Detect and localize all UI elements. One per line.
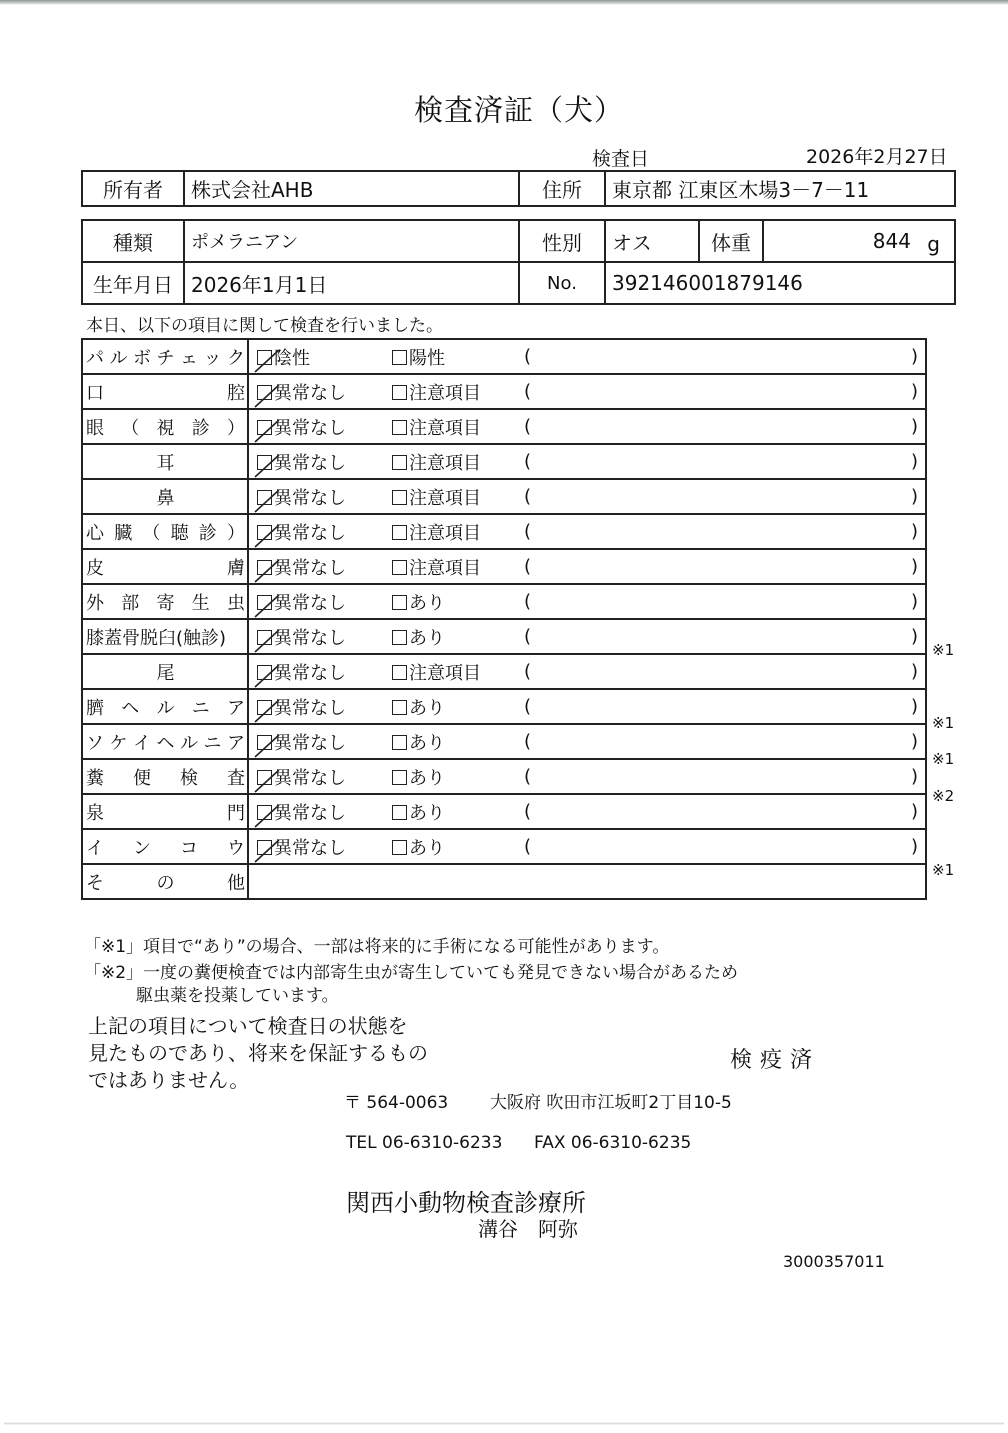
checklist-row: 心臓（聴診） 異常なし 注意項目 ( ) [82, 514, 926, 549]
checkbox-icon[interactable] [392, 525, 407, 540]
option-abnormal[interactable]: あり [392, 834, 524, 860]
quarantine-stamp: 検疫済 [730, 1043, 820, 1074]
checkbox-icon[interactable] [392, 385, 407, 400]
remarks-close-paren: ) [911, 556, 925, 577]
clinic-fax: FAX 06-6310-6235 [534, 1133, 691, 1153]
checkbox-icon[interactable] [392, 665, 407, 680]
option-normal[interactable]: 陰性 [249, 344, 392, 370]
remarks-close-paren: ) [911, 416, 925, 437]
check-item-label: その他 [83, 869, 247, 895]
scan-edge-top [0, 0, 1008, 5]
check-mark-icon [253, 348, 281, 374]
inspection-date-label: 検査日 [592, 144, 649, 171]
weight-cell: 844 g [763, 220, 955, 262]
checklist-row: パルボチェック 陰性 陽性 ( ) [82, 339, 926, 374]
clinic-postal-code: 〒 564-0063 [344, 1088, 448, 1113]
checkbox-icon[interactable] [392, 490, 407, 505]
option-normal[interactable]: 異常なし [249, 659, 392, 685]
option-normal[interactable]: 異常なし [249, 729, 392, 755]
check-mark-icon [253, 628, 281, 654]
option-abnormal[interactable]: 陽性 [392, 344, 524, 370]
remarks-close-paren: ) [911, 346, 925, 367]
check-item-label: 尾 [157, 659, 175, 685]
option-normal[interactable]: 異常なし [249, 519, 392, 545]
checklist-row: その他 [82, 864, 926, 899]
veterinarian-name: 溝谷 阿弥 [478, 1213, 578, 1242]
address-value: 東京都 江東区木場3－7－11 [605, 171, 955, 206]
document-number: 3000357011 [783, 1252, 885, 1271]
check-mark-icon [253, 838, 281, 864]
birthdate-value: 2026年1月1日 [184, 262, 519, 304]
check-item-label: インコウ [83, 834, 247, 860]
clinic-phone: TEL 06-6310-6233 [346, 1133, 502, 1153]
scan-edge-bottom [4, 1422, 1004, 1425]
checklist-row: 泉門 異常なし あり ( ) [82, 794, 926, 829]
check-item-label: 臍ヘルニア [83, 694, 247, 720]
remarks-close-paren: ) [911, 486, 925, 507]
disclaimer-line1: 上記の項目について検査日の状態を [88, 1013, 468, 1040]
check-mark-icon [253, 558, 281, 584]
checklist-row: 膝蓋骨脱臼(触診) 異常なし あり ( ) [82, 619, 926, 654]
remarks-open-paren: ( [524, 381, 554, 402]
footnote-reference: ※1 [932, 714, 954, 732]
check-item-label: 眼（視診） [83, 414, 247, 440]
option-normal[interactable]: 異常なし [249, 379, 392, 405]
option-abnormal[interactable]: あり [392, 799, 524, 825]
check-item-label: 口腔 [83, 379, 247, 405]
birthdate-label: 生年月日 [82, 262, 184, 304]
option-abnormal[interactable]: 注意項目 [392, 659, 524, 685]
check-item-label: 鼻 [157, 484, 175, 510]
checklist-row: 皮膚 異常なし 注意項目 ( ) [82, 549, 926, 584]
option-normal[interactable]: 異常なし [249, 799, 392, 825]
remarks-open-paren: ( [524, 591, 554, 612]
option-normal[interactable]: 異常なし [249, 484, 392, 510]
remarks-open-paren: ( [524, 731, 554, 752]
option-normal[interactable]: 異常なし [249, 694, 392, 720]
remarks-close-paren: ) [911, 591, 925, 612]
registration-no-label: No. [519, 262, 605, 304]
option-normal[interactable]: 異常なし [249, 834, 392, 860]
remarks-close-paren: ) [911, 766, 925, 787]
check-mark-icon [253, 488, 281, 514]
remarks-open-paren: ( [524, 836, 554, 857]
clinic-address: 大阪府 吹田市江坂町2丁目10-5 [490, 1088, 732, 1113]
intro-text: 本日、以下の項目に関して検査を行いました。 [86, 311, 443, 336]
checklist-row: 鼻 異常なし 注意項目 ( ) [82, 479, 926, 514]
option-normal[interactable]: 異常なし [249, 624, 392, 650]
check-item-label: 膝蓋骨脱臼(触診) [83, 624, 247, 650]
remarks-close-paren: ) [911, 381, 925, 402]
check-item-label: 心臓（聴診） [83, 519, 247, 545]
check-mark-icon [253, 733, 281, 759]
pet-table: 種類 ポメラニアン 性別 オス 体重 844 g 生年月日 2026年1月1日 … [81, 219, 956, 305]
option-abnormal[interactable]: 注意項目 [392, 484, 524, 510]
checklist-row: 尾 異常なし 注意項目 ( ) [82, 654, 926, 689]
checklist-row: 外部寄生虫 異常なし あり ( ) [82, 584, 926, 619]
remarks-open-paren: ( [524, 766, 554, 787]
option-normal[interactable]: 異常なし [249, 589, 392, 615]
remarks-close-paren: ) [911, 521, 925, 542]
footnote-reference: ※1 [932, 641, 954, 659]
weight-unit: g [927, 232, 940, 256]
footnote-reference: ※1 [932, 861, 954, 879]
remarks-close-paren: ) [911, 661, 925, 682]
remarks-open-paren: ( [524, 661, 554, 682]
option-abnormal[interactable]: あり [392, 589, 524, 615]
remarks-close-paren: ) [911, 731, 925, 752]
check-mark-icon [253, 523, 281, 549]
footnote-2-line2: 駆虫薬を投薬しています。 [136, 981, 339, 1006]
check-mark-icon [253, 593, 281, 619]
remarks-close-paren: ) [911, 801, 925, 822]
checkbox-icon[interactable] [392, 595, 407, 610]
checklist-row: インコウ 異常なし あり ( ) [82, 829, 926, 864]
registration-no-value: 392146001879146 [605, 262, 955, 304]
checklist-row: 口腔 異常なし 注意項目 ( ) [82, 374, 926, 409]
option-abnormal[interactable]: 注意項目 [392, 449, 524, 475]
option-normal[interactable]: 異常なし [249, 449, 392, 475]
breed-label: 種類 [82, 220, 184, 262]
remarks-close-paren: ) [911, 626, 925, 647]
owner-label: 所有者 [82, 171, 184, 206]
checkbox-icon[interactable] [392, 700, 407, 715]
checkbox-icon[interactable] [392, 455, 407, 470]
option-abnormal[interactable]: 注意項目 [392, 414, 524, 440]
checkbox-icon[interactable] [392, 770, 407, 785]
remarks-open-paren: ( [524, 416, 554, 437]
checklist-row: 眼（視診） 異常なし 注意項目 ( ) [82, 409, 926, 444]
check-item-label: ソケイヘルニア [83, 729, 247, 755]
check-mark-icon [253, 418, 281, 444]
weight-value: 844 [873, 229, 911, 253]
inspection-date: 2026年2月27日 [806, 142, 948, 169]
option-normal[interactable]: 異常なし [249, 414, 392, 440]
owner-table: 所有者 株式会社AHB 住所 東京都 江東区木場3－7－11 [81, 170, 956, 207]
checklist-row: 臍ヘルニア 異常なし あり ( ) [82, 689, 926, 724]
option-abnormal[interactable]: あり [392, 624, 524, 650]
option-abnormal[interactable]: あり [392, 694, 524, 720]
option-abnormal[interactable]: 注意項目 [392, 519, 524, 545]
checkbox-icon[interactable] [392, 560, 407, 575]
owner-value: 株式会社AHB [184, 171, 519, 206]
option-normal[interactable]: 異常なし [249, 764, 392, 790]
checklist-row: 耳 異常なし 注意項目 ( ) [82, 444, 926, 479]
option-abnormal[interactable]: あり [392, 729, 524, 755]
check-mark-icon [253, 453, 281, 479]
check-item-label: 外部寄生虫 [83, 589, 247, 615]
check-item-label: パルボチェック [83, 344, 247, 370]
checkbox-icon[interactable] [392, 420, 407, 435]
check-item-label: 耳 [157, 449, 175, 475]
option-abnormal[interactable]: あり [392, 764, 524, 790]
check-item-label: 泉門 [83, 799, 247, 825]
check-mark-icon [253, 768, 281, 794]
checkbox-icon[interactable] [392, 840, 407, 855]
option-abnormal[interactable]: 注意項目 [392, 554, 524, 580]
checklist-row: ソケイヘルニア 異常なし あり ( ) [82, 724, 926, 759]
disclaimer: 上記の項目について検査日の状態を 見たものであり、将来を保証するもの ではありま… [88, 1013, 468, 1094]
footnote-reference: ※1 [932, 750, 954, 768]
checkbox-icon[interactable] [392, 805, 407, 820]
document-title: 検査済証（犬） [0, 88, 1008, 129]
checklist-table: パルボチェック 陰性 陽性 ( ) 口腔 異常なし [81, 338, 927, 900]
check-mark-icon [253, 803, 281, 829]
other-remarks-field[interactable] [249, 865, 925, 898]
checklist-row: 糞便検査 異常なし あり ( ) [82, 759, 926, 794]
breed-value: ポメラニアン [184, 220, 519, 262]
remarks-open-paren: ( [524, 521, 554, 542]
footnote-reference: ※2 [932, 787, 954, 805]
option-normal[interactable]: 異常なし [249, 554, 392, 580]
checkbox-icon[interactable] [392, 735, 407, 750]
footnote-1: 「※1」項目で“あり”の場合、一部は将来的に手術になる可能性があります。 [84, 932, 669, 957]
remarks-close-paren: ) [911, 836, 925, 857]
disclaimer-line2: 見たものであり、将来を保証するもの [88, 1040, 468, 1067]
weight-label: 体重 [699, 220, 763, 262]
remarks-open-paren: ( [524, 556, 554, 577]
check-item-label: 皮膚 [83, 554, 247, 580]
sex-label: 性別 [519, 220, 605, 262]
address-label: 住所 [519, 171, 605, 206]
checkbox-icon[interactable] [392, 630, 407, 645]
footnote-2-line1: 「※2」一度の糞便検査では内部寄生虫が寄生していても発見できない場合があるため [84, 958, 738, 983]
checkbox-icon[interactable] [392, 350, 407, 365]
check-mark-icon [253, 663, 281, 689]
option-abnormal[interactable]: 注意項目 [392, 379, 524, 405]
remarks-open-paren: ( [524, 626, 554, 647]
remarks-close-paren: ) [911, 696, 925, 717]
check-mark-icon [253, 383, 281, 409]
remarks-open-paren: ( [524, 451, 554, 472]
check-mark-icon [253, 698, 281, 724]
remarks-close-paren: ) [911, 451, 925, 472]
remarks-open-paren: ( [524, 801, 554, 822]
remarks-open-paren: ( [524, 696, 554, 717]
remarks-open-paren: ( [524, 346, 554, 367]
sex-value: オス [605, 220, 699, 262]
check-item-label: 糞便検査 [83, 764, 247, 790]
remarks-open-paren: ( [524, 486, 554, 507]
